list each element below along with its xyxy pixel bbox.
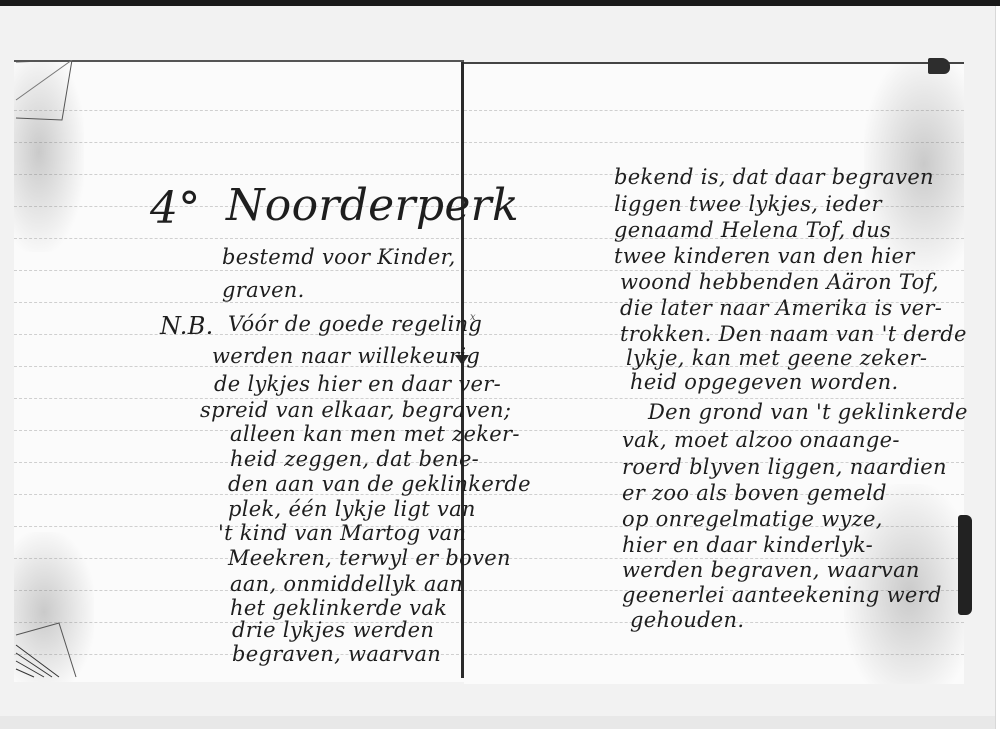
page-damage-mark xyxy=(928,58,950,74)
text-line: die later naar Amerika is ver- xyxy=(620,296,942,320)
section-title: Noorderperk xyxy=(226,180,519,231)
text-line: drie lykjes werden xyxy=(232,618,434,642)
text-line: hier en daar kinderlyk- xyxy=(622,533,873,557)
text-line: roerd blyven liggen, naardien xyxy=(622,455,947,479)
text-line: bekend is, dat daar begraven xyxy=(614,165,934,189)
scan-bottom-strip xyxy=(0,716,1000,729)
subtitle-line: bestemd voor Kinder, xyxy=(222,245,456,269)
text-line: lykje, kan met geene zeker- xyxy=(626,346,927,370)
text-line: spreid van elkaar, begraven; xyxy=(200,398,511,422)
text-line: plek, één lykje ligt van xyxy=(228,497,476,521)
text-line: het geklinkerde vak xyxy=(230,596,447,620)
text-line: alleen kan men met zeker- xyxy=(230,422,520,446)
text-line: trokken. Den naam van 't derde xyxy=(620,322,967,346)
text-line: aan, onmiddellyk aan xyxy=(230,572,463,596)
text-line: den aan van de geklinkerde xyxy=(228,472,531,496)
text-line: gehouden. xyxy=(630,608,744,632)
text-line: 't kind van Martog van xyxy=(218,521,466,545)
text-line: werden begraven, waarvan xyxy=(622,558,920,582)
folded-corner-icon xyxy=(14,615,79,680)
ruled-line xyxy=(14,302,464,303)
folded-corner-icon xyxy=(14,60,74,125)
text-line: genaamd Helena Tof, dus xyxy=(614,218,891,242)
text-line: de lykjes hier en daar ver- xyxy=(214,372,501,396)
text-line: werden naar willekeurig xyxy=(212,344,480,368)
text-line: Vóór de goede regeling xyxy=(228,312,482,336)
page-damage-mark xyxy=(958,515,972,615)
text-line: Den grond van 't geklinkerde xyxy=(648,400,968,424)
ruled-line xyxy=(464,398,964,399)
text-line: heid zeggen, dat bene- xyxy=(230,447,479,471)
text-line: twee kinderen van den hier xyxy=(614,244,915,268)
ruled-line xyxy=(14,238,464,239)
text-line: begraven, waarvan xyxy=(232,642,441,666)
text-line: Meekren, terwyl er boven xyxy=(228,546,511,570)
text-line: er zoo als boven gemeld xyxy=(622,481,887,505)
section-number: 4° xyxy=(150,183,201,234)
text-line: heid opgegeven worden. xyxy=(630,370,898,394)
subtitle-line: graven. xyxy=(222,278,305,302)
text-line: woond hebbenden Aäron Tof, xyxy=(620,270,939,294)
text-line: op onregelmatige wyze, xyxy=(622,507,883,531)
text-line: liggen twee lykjes, ieder xyxy=(614,192,882,216)
text-line: geenerlei aanteekening werd xyxy=(622,583,942,607)
scan-right-edge xyxy=(995,6,1000,729)
ruled-line xyxy=(14,270,464,271)
note-label: N.B. xyxy=(160,312,214,340)
text-line: vak, moet alzoo onaange- xyxy=(622,428,900,452)
